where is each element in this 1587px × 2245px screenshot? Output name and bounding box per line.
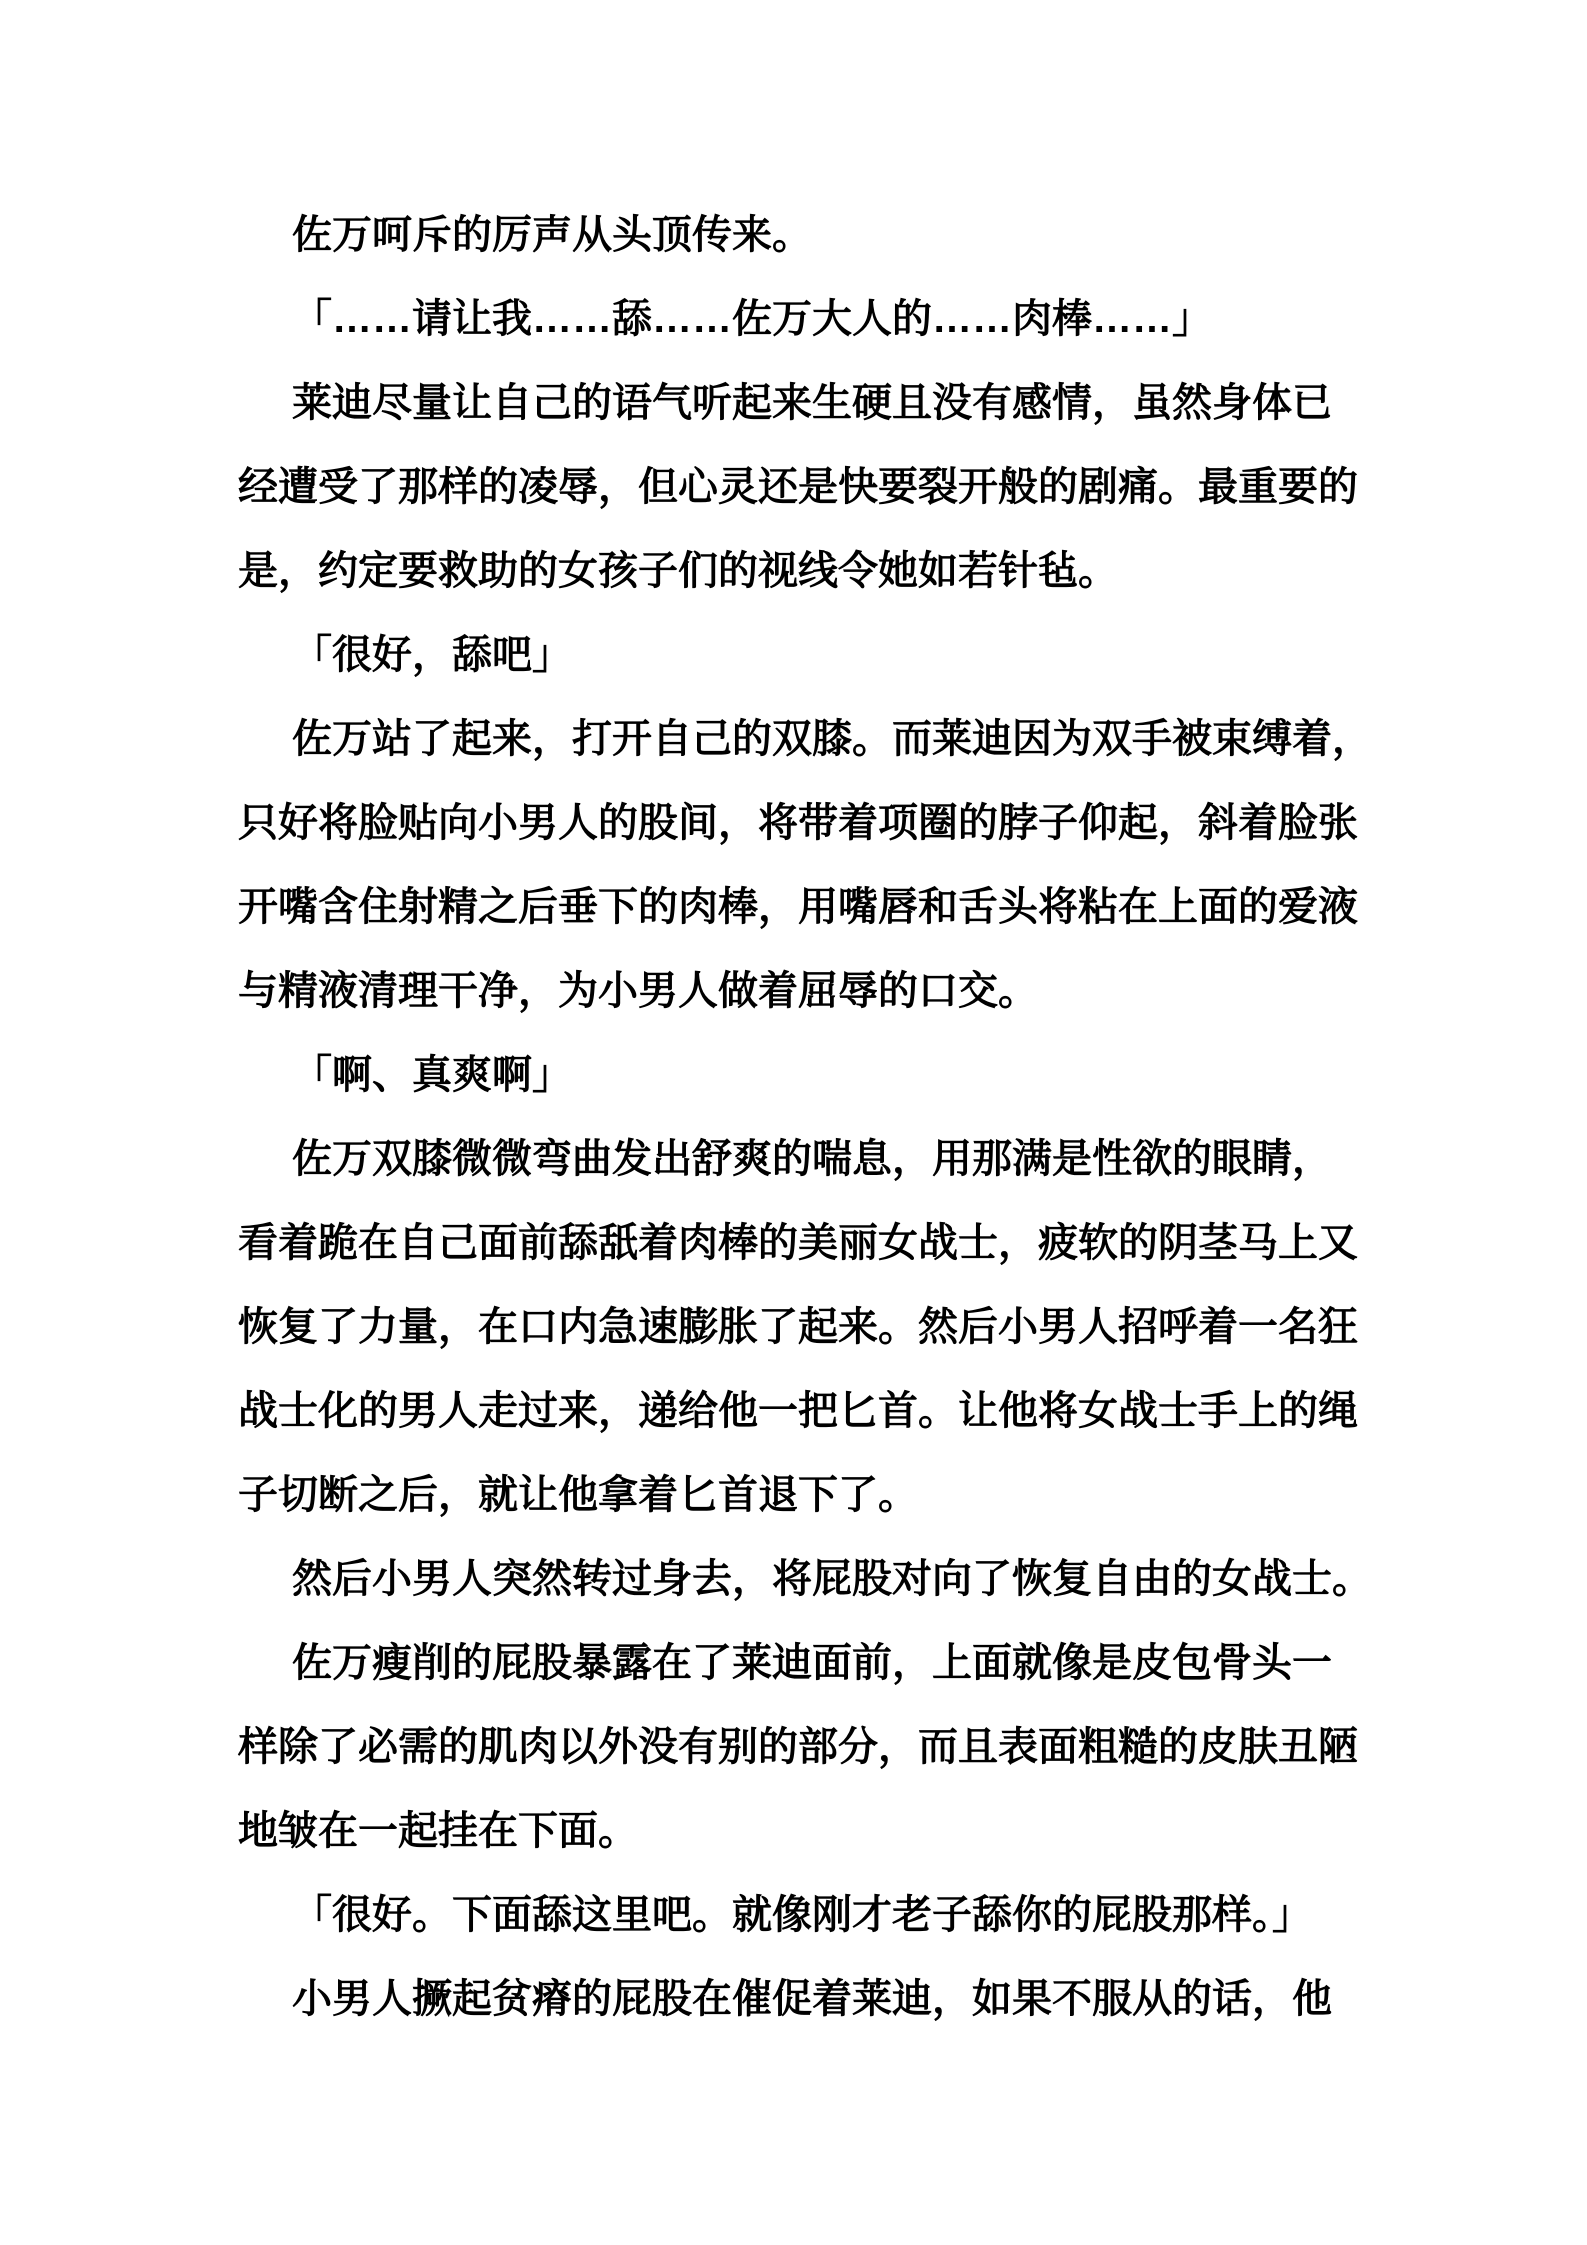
text-line: 经遭受了那样的凌辱，但心灵还是快要裂开般的剧痛。最重要的 (238, 445, 1408, 529)
text-line: 佐万呵斥的厉声从头顶传来。 (238, 193, 1408, 277)
text-block: 佐万呵斥的厉声从头顶传来。 「……请让我……舔……佐万大人的……肉棒……」 莱迪… (238, 193, 1408, 2041)
text-line: 「……请让我……舔……佐万大人的……肉棒……」 (238, 277, 1408, 361)
text-line: 小男人撅起贫瘠的屁股在催促着莱迪，如果不服从的话，他 (238, 1957, 1408, 2041)
text-line: 看着跪在自己面前舔舐着肉棒的美丽女战士，疲软的阴茎马上又 (238, 1201, 1408, 1285)
text-line: 只好将脸贴向小男人的股间，将带着项圈的脖子仰起，斜着脸张 (238, 781, 1408, 865)
text-line: 然后小男人突然转过身去，将屁股对向了恢复自由的女战士。 (238, 1537, 1408, 1621)
text-line: 「啊、真爽啊」 (238, 1033, 1408, 1117)
text-line: 开嘴含住射精之后垂下的肉棒，用嘴唇和舌头将粘在上面的爱液 (238, 865, 1408, 949)
text-line: 战士化的男人走过来，递给他一把匕首。让他将女战士手上的绳 (238, 1369, 1408, 1453)
text-line: 佐万站了起来，打开自己的双膝。而莱迪因为双手被束缚着， (238, 697, 1408, 781)
text-line: 是，约定要救助的女孩子们的视线令她如若针毡。 (238, 529, 1408, 613)
text-line: 「很好。下面舔这里吧。就像刚才老子舔你的屁股那样。」 (238, 1873, 1408, 1957)
text-line: 莱迪尽量让自己的语气听起来生硬且没有感情，虽然身体已 (238, 361, 1408, 445)
text-line: 与精液清理干净，为小男人做着屈辱的口交。 (238, 949, 1408, 1033)
text-line: 样除了必需的肌肉以外没有别的部分，而且表面粗糙的皮肤丑陋 (238, 1705, 1408, 1789)
text-line: 地皱在一起挂在下面。 (238, 1789, 1408, 1873)
text-line: 恢复了力量，在口内急速膨胀了起来。然后小男人招呼着一名狂 (238, 1285, 1408, 1369)
document-page: 佐万呵斥的厉声从头顶传来。 「……请让我……舔……佐万大人的……肉棒……」 莱迪… (0, 0, 1587, 2245)
text-line: 佐万瘦削的屁股暴露在了莱迪面前，上面就像是皮包骨头一 (238, 1621, 1408, 1705)
text-line: 佐万双膝微微弯曲发出舒爽的喘息，用那满是性欲的眼睛， (238, 1117, 1408, 1201)
text-line: 「很好，舔吧」 (238, 613, 1408, 697)
text-line: 子切断之后，就让他拿着匕首退下了。 (238, 1453, 1408, 1537)
